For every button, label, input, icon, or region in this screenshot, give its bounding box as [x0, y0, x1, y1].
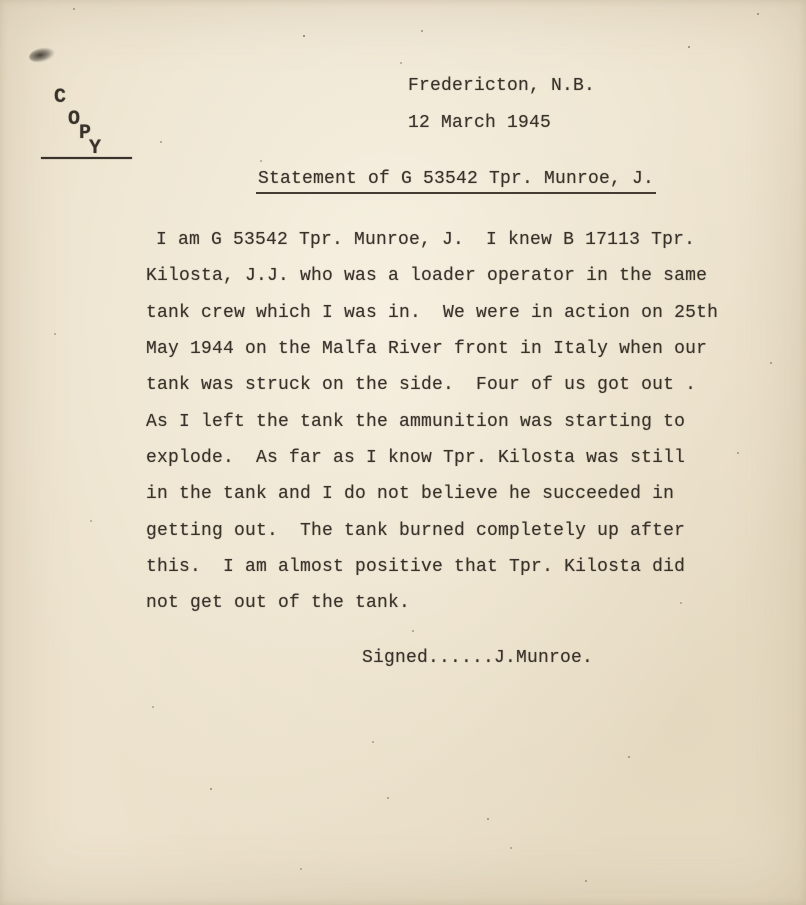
copy-stamp-underline	[41, 157, 132, 159]
copy-stamp-letter-y: Y	[89, 139, 101, 159]
body-line: explode. As far as I know Tpr. Kilosta w…	[146, 440, 746, 476]
signature-line: Signed......J.Munroe.	[362, 648, 593, 668]
body-line: not get out of the tank.	[146, 585, 746, 621]
paper-specks	[0, 0, 2, 2]
body-line: May 1944 on the Malfa River front in Ita…	[146, 331, 746, 367]
body-line: As I left the tank the ammunition was st…	[146, 404, 746, 440]
body-line: this. I am almost positive that Tpr. Kil…	[146, 549, 746, 585]
copy-stamp-letter-c: C	[54, 88, 66, 108]
body-line: Kilosta, J.J. who was a loader operator …	[146, 258, 746, 294]
scanned-document-page: C O P Y Fredericton, N.B. 12 March 1945 …	[0, 0, 806, 905]
body-line: in the tank and I do not believe he succ…	[146, 476, 746, 512]
body-line: getting out. The tank burned completely …	[146, 513, 746, 549]
body-line: tank was struck on the side. Four of us …	[146, 367, 746, 403]
ink-smudge	[28, 45, 56, 64]
document-title: Statement of G 53542 Tpr. Munroe, J.	[256, 169, 656, 194]
dateline-date: 12 March 1945	[408, 113, 551, 133]
body-line: I am G 53542 Tpr. Munroe, J. I knew B 17…	[146, 222, 746, 258]
dateline-place: Fredericton, N.B.	[408, 76, 595, 96]
body-line: tank crew which I was in. We were in act…	[146, 295, 746, 331]
statement-body: I am G 53542 Tpr. Munroe, J. I knew B 17…	[146, 222, 746, 622]
